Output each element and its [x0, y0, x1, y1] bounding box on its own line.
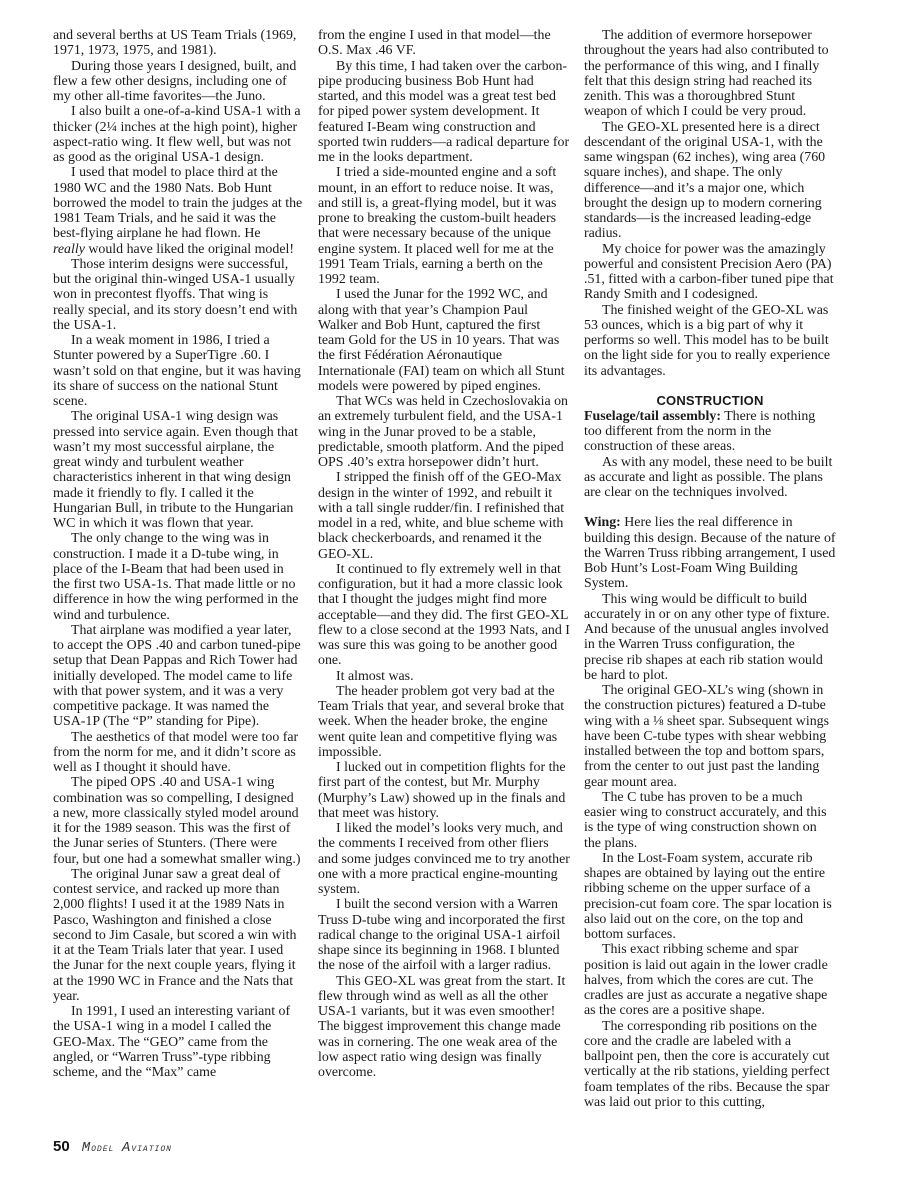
paragraph: I used the Junar for the 1992 WC, and al…	[318, 287, 570, 394]
page-footer: 50 Model Aviation	[53, 1138, 172, 1156]
paragraph: My choice for power was the amazingly po…	[584, 242, 836, 303]
magazine-name-initial: M	[82, 1140, 91, 1156]
paragraph: Those interim designs were successful, b…	[53, 257, 303, 333]
paragraph: By this time, I had taken over the carbo…	[318, 59, 570, 166]
page-number: 50	[53, 1138, 70, 1155]
paragraph-text: I used that model to place third at the …	[53, 165, 302, 241]
paragraph: This exact ribbing scheme and spar posit…	[584, 942, 836, 1018]
paragraph: The addition of evermore horsepower thro…	[584, 28, 836, 120]
paragraph: The C tube has proven to be a much easie…	[584, 790, 836, 851]
subheading-label: Wing:	[584, 515, 621, 530]
paragraph: and several berths at US Team Trials (19…	[53, 28, 303, 59]
paragraph-text: would have liked the original model!	[85, 242, 294, 257]
paragraph: The piped OPS .40 and USA-1 wing combina…	[53, 775, 303, 867]
paragraph: That WCs was held in Czechoslovakia on a…	[318, 394, 570, 470]
paragraph: The original USA-1 wing design was press…	[53, 409, 303, 531]
paragraph-fuselage: Fuselage/tail assembly: There is nothing…	[584, 409, 836, 455]
paragraph-wing: Wing: Here lies the real difference in b…	[584, 515, 836, 591]
paragraph: In a weak moment in 1986, I tried a Stun…	[53, 333, 303, 409]
paragraph: I used that model to place third at the …	[53, 165, 303, 257]
article-column-2: from the engine I used in that model—the…	[318, 28, 570, 1080]
paragraph: That airplane was modified a year later,…	[53, 623, 303, 730]
paragraph: The finished weight of the GEO-XL was 53…	[584, 303, 836, 379]
paragraph: As with any model, these need to be buil…	[584, 455, 836, 501]
magazine-name-text: odel	[91, 1143, 122, 1155]
paragraph: The only change to the wing was in const…	[53, 531, 303, 623]
paragraph: In the Lost-Foam system, accurate rib sh…	[584, 851, 836, 943]
emphasis: really	[53, 242, 85, 257]
paragraph: I lucked out in competition flights for …	[318, 760, 570, 821]
paragraph: The original Junar saw a great deal of c…	[53, 867, 303, 1004]
subheading-label: Fuselage/tail assembly:	[584, 409, 721, 424]
paragraph: The GEO-XL presented here is a direct de…	[584, 120, 836, 242]
paragraph: It continued to fly extremely well in th…	[318, 562, 570, 669]
article-column-3: The addition of evermore horsepower thro…	[584, 28, 836, 1110]
magazine-name-text: viation	[131, 1143, 172, 1155]
paragraph: This wing would be difficult to build ac…	[584, 592, 836, 684]
paragraph: from the engine I used in that model—the…	[318, 28, 570, 59]
section-heading-construction: CONSTRUCTION	[584, 393, 836, 409]
paragraph: I tried a side-mounted engine and a soft…	[318, 165, 570, 287]
article-column-1: and several berths at US Team Trials (19…	[53, 28, 303, 1080]
paragraph: The header problem got very bad at the T…	[318, 684, 570, 760]
paragraph: In 1991, I used an interesting variant o…	[53, 1004, 303, 1080]
paragraph: The original GEO-XL’s wing (shown in the…	[584, 683, 836, 790]
paragraph: I built the second version with a Warren…	[318, 897, 570, 973]
magazine-name: Model Aviation	[82, 1140, 172, 1156]
paragraph-text: Here lies the real difference in buildin…	[584, 515, 836, 591]
paragraph: The aesthetics of that model were too fa…	[53, 730, 303, 776]
paragraph: I also built a one-of-a-kind USA-1 with …	[53, 104, 303, 165]
paragraph: This GEO-XL was great from the start. It…	[318, 974, 570, 1081]
magazine-name-initial: A	[122, 1140, 131, 1156]
paragraph: The corresponding rib positions on the c…	[584, 1019, 836, 1111]
paragraph: I liked the model’s looks very much, and…	[318, 821, 570, 897]
paragraph: During those years I designed, built, an…	[53, 59, 303, 105]
paragraph: I stripped the finish off of the GEO-Max…	[318, 470, 570, 562]
paragraph: It almost was.	[318, 669, 570, 684]
